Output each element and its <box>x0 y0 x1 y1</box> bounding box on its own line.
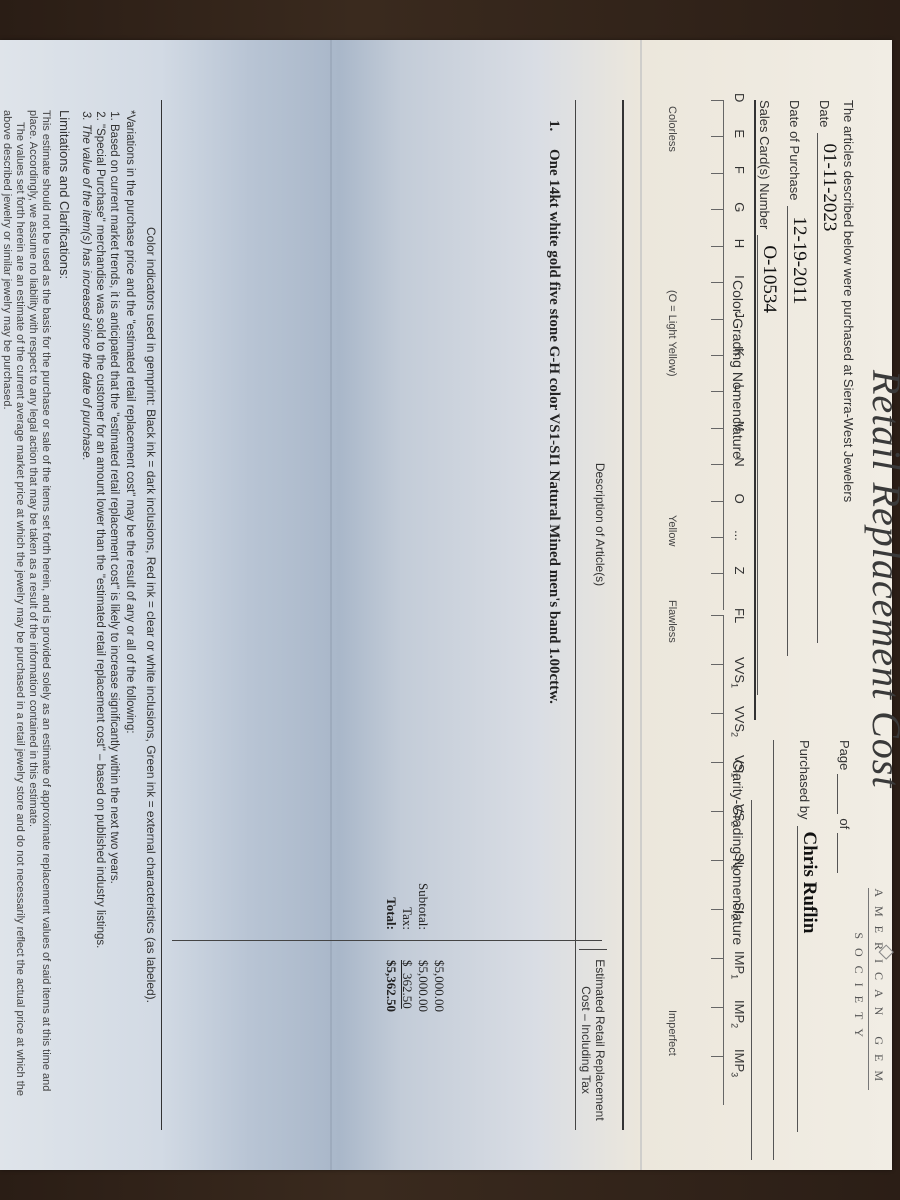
blank-line <box>773 740 774 1160</box>
grade-label: M <box>732 421 747 432</box>
grade-tick: G <box>711 209 723 245</box>
divider <box>622 100 624 1130</box>
sales-card-value: O-10534 <box>757 235 780 695</box>
date-of-purchase-field: Date of Purchase 12-19-2011 <box>787 100 810 656</box>
tax-value: $ 362.50 <box>399 940 415 1070</box>
caption-imperfect: Imperfect <box>666 1010 678 1056</box>
grade-label: VVS2 <box>729 706 747 737</box>
grade-tick: Z <box>711 573 723 609</box>
document-sheet: Retail Replacement Cost ◇ AMERICAN GEM S… <box>0 40 892 1170</box>
grade-tick: O <box>711 501 723 537</box>
page-of-field: Page of <box>837 740 852 873</box>
grade-tick: SI2 <box>711 909 723 958</box>
color-indicators-note: Color indicators used in gemprint: Black… <box>144 100 162 1130</box>
grade-label: SI1 <box>729 853 747 870</box>
grade-label: VS2 <box>729 804 747 826</box>
grade-label: N <box>732 457 747 466</box>
grade-label: FL <box>732 608 747 623</box>
variation-item: Based on current market trends, it is an… <box>107 124 121 1110</box>
intro-text: The articles described below were purcha… <box>841 100 856 502</box>
variations-note: *Variations in the purchase price and th… <box>79 110 137 1110</box>
ags-logo: ◇ AMERICAN GEM SOCIETY <box>851 888 886 1090</box>
blank-line <box>751 800 752 1160</box>
date-value: 01-11-2023 <box>817 133 840 643</box>
grade-label: VVS1 <box>729 657 747 688</box>
grade-label: O <box>732 494 747 504</box>
table-header: Description of Article(s) Estimated Reta… <box>575 100 607 1130</box>
item-cost: $5,000.00 <box>431 940 447 1070</box>
clarity-grading-scale: FLVVS1VVS2VS1VS2SI1SI2IMP1IMP2IMP3 <box>683 615 724 1105</box>
purchased-by-field: Purchased by Chris Ruflin <box>797 740 820 1132</box>
paper-fold <box>640 40 642 1170</box>
caption-flawless: Flawless <box>666 600 678 643</box>
grade-label: IMP1 <box>729 951 747 979</box>
grade-label: IMP2 <box>729 1000 747 1028</box>
grade-tick: VS2 <box>711 811 723 860</box>
document-title: Retail Replacement Cost <box>863 370 900 788</box>
limitations-text: This estimate should not be used as the … <box>0 110 52 1120</box>
grade-label: G <box>732 202 747 212</box>
rotated-page: Retail Replacement Cost ◇ AMERICAN GEM S… <box>0 0 900 1200</box>
grade-label: ... <box>732 530 747 541</box>
sales-card-field: Sales Card(s) Number O-10534 <box>757 100 780 695</box>
caption-yellow: Yellow <box>666 515 678 546</box>
col-cost: Estimated Retail Replacement Cost – Incl… <box>579 949 607 1130</box>
grade-label: K <box>732 348 747 357</box>
grade-tick: H <box>711 246 723 282</box>
page-number-blank <box>837 774 838 814</box>
grade-label: H <box>732 239 747 248</box>
grade-tick: VVS2 <box>711 713 723 762</box>
purchased-by-value: Chris Ruflin <box>797 826 820 1132</box>
grade-tick: I <box>711 282 723 318</box>
grade-label: VS1 <box>729 755 747 777</box>
grade-label: I <box>732 275 747 279</box>
diamond-icon: ◇ <box>875 944 900 959</box>
grade-tick: L <box>711 391 723 427</box>
grade-label: J <box>732 312 747 319</box>
date-field: Date 01-11-2023 <box>817 100 840 643</box>
grade-tick: M <box>711 428 723 464</box>
grade-tick: IMP2 <box>711 1007 723 1056</box>
grade-label: F <box>732 166 747 174</box>
grade-tick: K <box>711 355 723 391</box>
grade-tick: SI1 <box>711 860 723 909</box>
grade-tick: J <box>711 319 723 355</box>
variation-item: "Special Purchase" merchandise was sold … <box>93 124 107 1110</box>
grade-label: E <box>732 129 747 138</box>
item-description: One 14kt white gold five stone G-H color… <box>546 149 562 704</box>
caption-light-yellow: (O = Light Yellow) <box>666 290 678 377</box>
grade-label: Z <box>732 566 747 574</box>
grade-tick: N <box>711 464 723 500</box>
date-of-purchase-value: 12-19-2011 <box>787 206 810 656</box>
grade-tick: VS1 <box>711 762 723 811</box>
grade-tick: D <box>711 100 723 136</box>
grade-tick: FL <box>711 615 723 664</box>
caption-colorless: Colorless <box>666 106 678 152</box>
grade-label: IMP3 <box>729 1049 747 1077</box>
limitations-title: Limitations and Clarifications: <box>57 110 72 279</box>
paper-fold <box>330 40 332 1170</box>
col-description: Description of Article(s) <box>579 100 607 949</box>
totals-block: $5,000.00 Subtotal:$5,000.00 Tax:$ 362.5… <box>383 830 447 1070</box>
grade-label: D <box>732 93 747 102</box>
grade-tick: VVS1 <box>711 664 723 713</box>
grade-tick: E <box>711 136 723 172</box>
grade-tick: IMP3 <box>711 1056 723 1105</box>
grade-tick: ... <box>711 537 723 573</box>
page-total-blank <box>837 833 838 873</box>
variation-item: The value of the item(s) has increased s… <box>79 124 93 1110</box>
grade-label: SI2 <box>729 902 747 919</box>
grade-tick: IMP1 <box>711 958 723 1007</box>
color-grading-scale: DEFGHIJKLMNO...Z <box>683 100 724 610</box>
color-grading-title: Color-Grading Nomenclature <box>730 280 746 459</box>
grade-tick: F <box>711 173 723 209</box>
table-row: 1. One 14kt white gold five stone G-H co… <box>545 120 562 704</box>
total-value: $5,362.50 <box>383 940 399 1070</box>
grade-label: L <box>732 384 747 391</box>
divider <box>754 100 756 720</box>
subtotal-value: $5,000.00 <box>415 940 431 1070</box>
